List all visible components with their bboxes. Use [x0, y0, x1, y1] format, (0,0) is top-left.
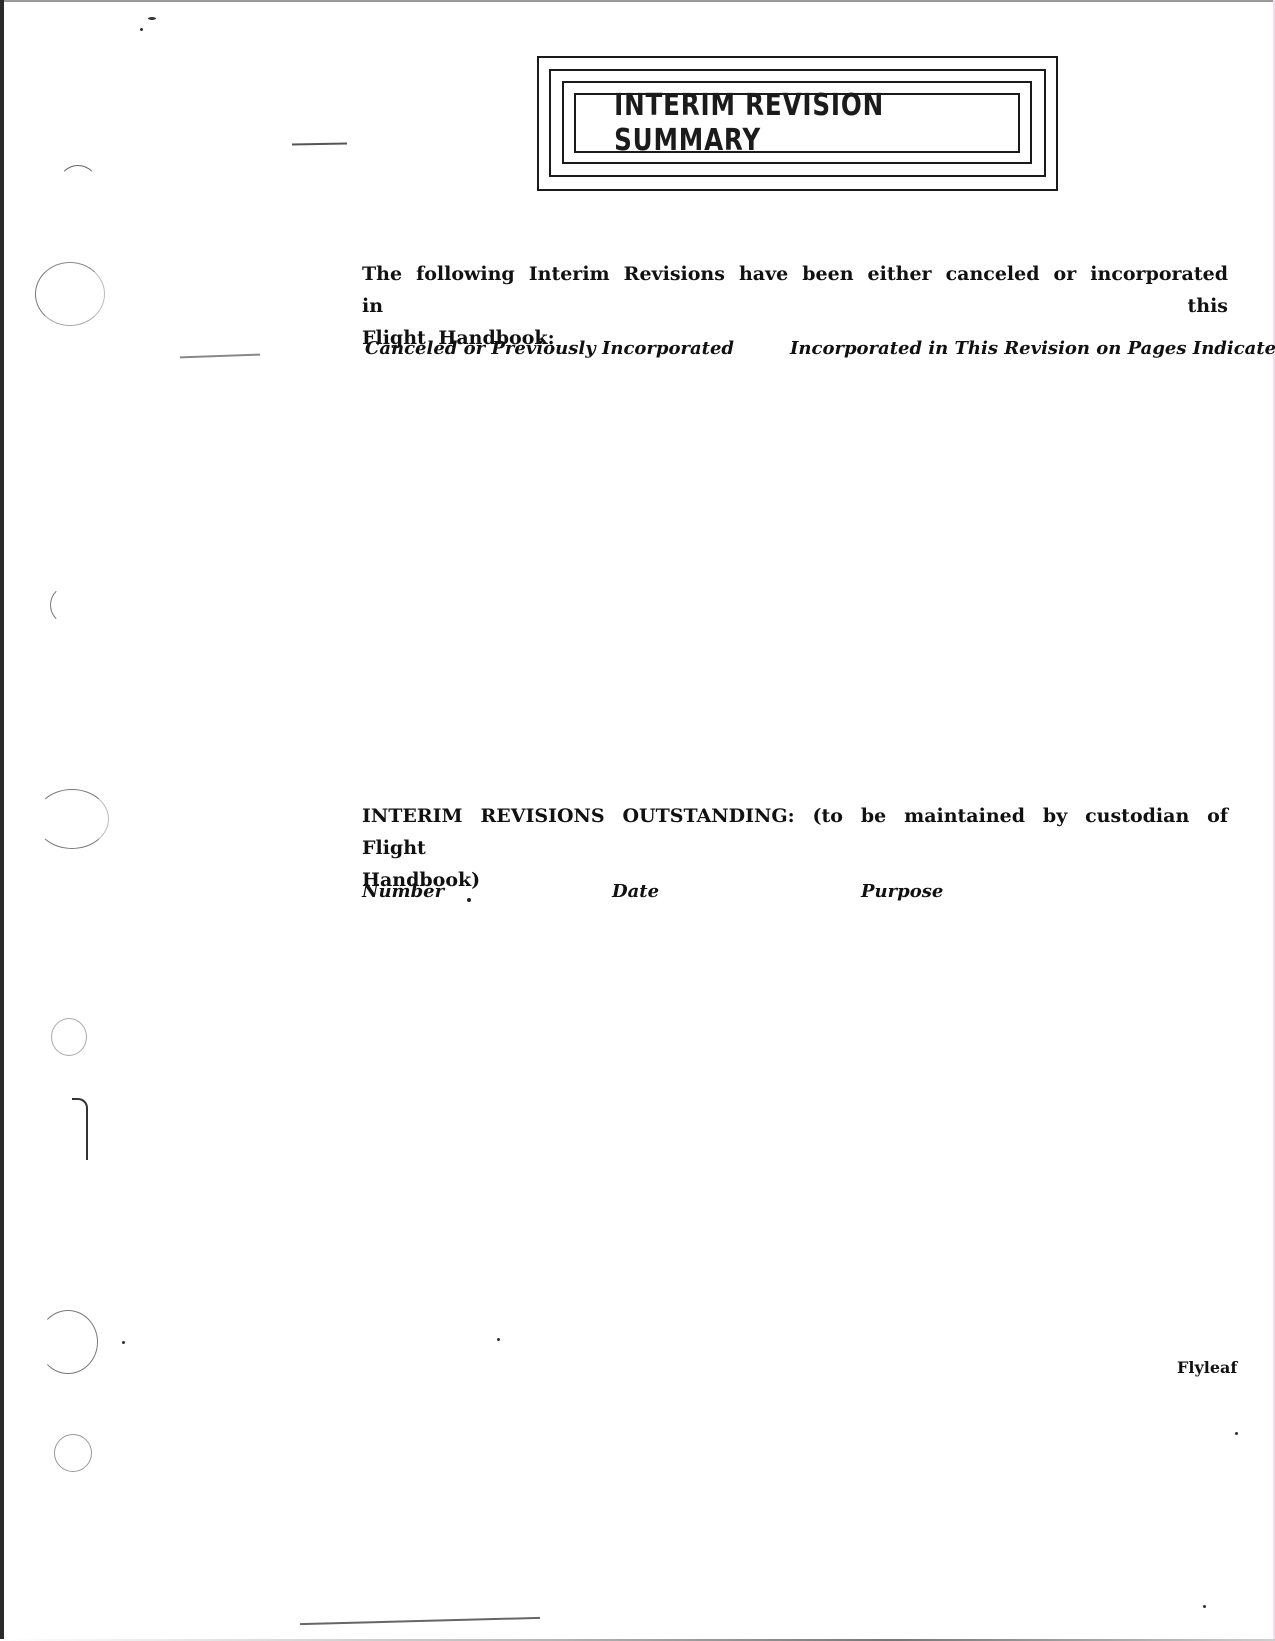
scan-top-edge [0, 0, 1275, 2]
outstanding-line-1: INTERIM REVISIONS OUTSTANDING: (to be ma… [362, 800, 1228, 864]
scan-left-edge [0, 0, 4, 1641]
scan-artifact-speck [1203, 1605, 1206, 1608]
outstanding-heading: INTERIM REVISIONS OUTSTANDING: (to be ma… [362, 800, 1228, 896]
column-header-date: Date [612, 881, 659, 902]
intro-line-1: The following Interim Revisions have bee… [362, 258, 1228, 322]
scan-artifact-speck [140, 28, 143, 31]
binder-hole-mark [54, 1434, 92, 1472]
page-footer-label: Flyleaf [1177, 1358, 1237, 1377]
scan-artifact-speck [148, 17, 156, 20]
scan-artifact-squiggle [72, 1098, 88, 1160]
column-header-purpose: Purpose [861, 881, 943, 902]
binder-hole-mark [51, 1018, 87, 1056]
column-header-incorporated: Incorporated in This Revision on Pages I… [790, 338, 1275, 359]
scan-artifact-speck [122, 1341, 125, 1344]
scan-artifact-speck [1235, 1432, 1238, 1435]
column-header-number: Number [362, 881, 444, 902]
scan-artifact-arc [58, 165, 98, 205]
scan-artifact-dot [467, 898, 471, 902]
scan-artifact-arc [50, 585, 90, 625]
scan-artifact-speck [497, 1338, 500, 1341]
binder-hole-mark [35, 262, 105, 326]
scan-artifact-streak [300, 1617, 540, 1625]
binder-hole-mark [35, 789, 109, 849]
column-header-canceled: Canceled or Previously Incorporated [365, 338, 734, 359]
binder-hole-mark [38, 1310, 98, 1374]
scan-artifact-streak [180, 354, 260, 359]
scan-artifact-streak [292, 143, 347, 146]
page-title: INTERIM REVISION SUMMARY [614, 93, 980, 153]
